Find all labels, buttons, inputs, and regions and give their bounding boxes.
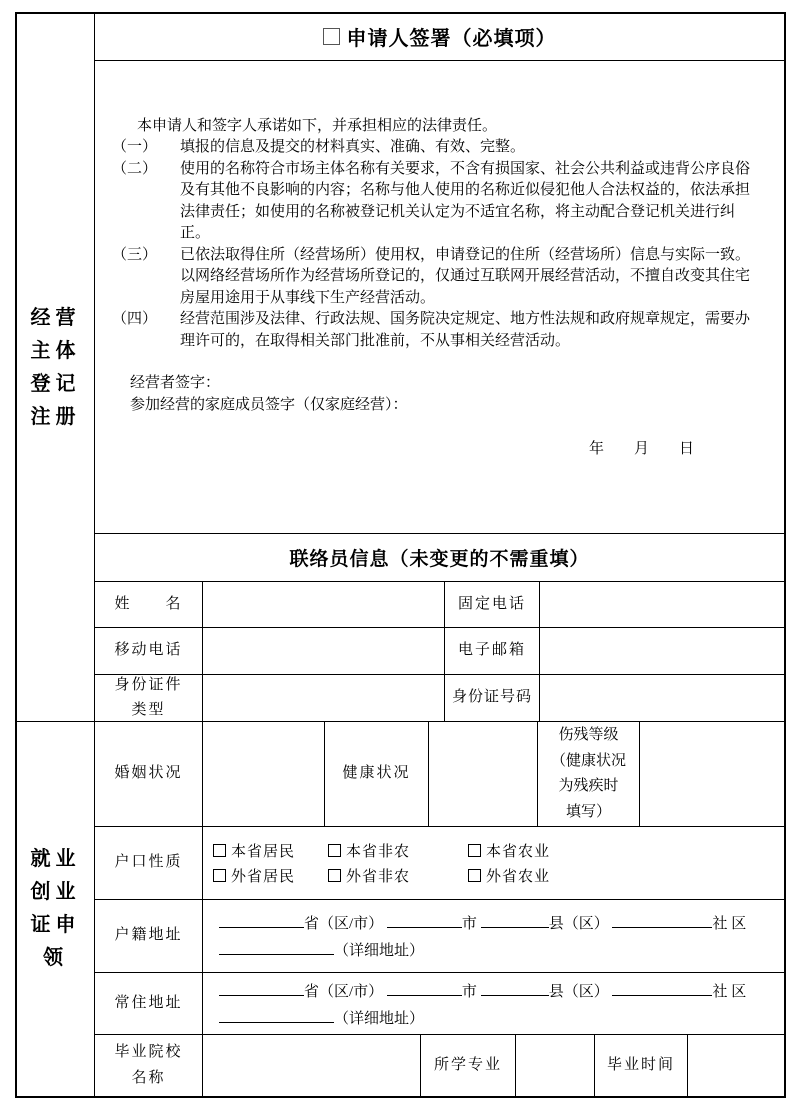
marital-status-field [202, 722, 324, 826]
family-signature-label: 参加经营的家庭成员签字（仅家庭经营）： [130, 395, 754, 417]
disability-level-label: 伤残等级 （健康状况 为残疾时 填写） [537, 722, 639, 826]
blank-line [219, 1007, 334, 1023]
id-type-label: 身份证件 类型 [95, 675, 202, 721]
option-label: 外省非农 [346, 865, 410, 886]
id-number-label: 身份证号码 [444, 675, 539, 721]
table-row-school: 毕业院校 名称 所学专业 毕业时间 [95, 1034, 784, 1096]
item-number: （一） [112, 137, 180, 159]
name-label: 姓 名 [95, 582, 202, 628]
name-field [202, 582, 444, 628]
table-row-hukou-nature: 户口性质 本省居民 本省非农 本省农业 外省居民 外省非农 外省农业 [95, 826, 784, 899]
hukou-option-other-resident[interactable]: 外省居民 [213, 865, 328, 886]
checkbox-icon[interactable] [328, 869, 341, 882]
item-number: （三） [112, 245, 180, 310]
blank-line [481, 980, 549, 996]
email-field [539, 628, 784, 674]
declaration-item: （四） 经营范围涉及法律、行政法规、国务院决定规定、地方性法规和政府规章规定，需… [112, 309, 754, 352]
residence-address-label: 常住地址 [95, 973, 202, 1034]
declaration-item: （三） 已依法取得住所（经营场所）使用权，申请登记的住所（经营场所）信息与实际一… [112, 245, 754, 310]
address-seg-province: 省（区/市） [304, 984, 383, 1000]
option-label: 本省居民 [231, 840, 295, 861]
item-text: 已依法取得住所（经营场所）使用权，申请登记的住所（经营场所）信息与实际一致。以网… [180, 245, 754, 310]
address-seg-city: 市 [462, 916, 477, 932]
blank-line [219, 939, 334, 955]
school-name-field [202, 1035, 420, 1096]
checkbox-icon[interactable] [323, 28, 340, 45]
item-text: 填报的信息及提交的材料真实、准确、有效、完整。 [180, 137, 754, 159]
item-text: 使用的名称符合市场主体名称有关要求，不含有损国家、社会公共利益或违背公序良俗及有… [180, 159, 754, 245]
section-label-employment: 就业 创业 证申 领 [31, 843, 81, 975]
blank-line [387, 912, 462, 928]
health-status-label: 健康状况 [324, 722, 428, 826]
section-employment-certificate: 就业 创业 证申 领 婚姻状况 健康状况 伤残等级 （健康状况 为残疾时 填写）… [17, 721, 784, 1096]
checkbox-icon[interactable] [468, 844, 481, 857]
section-side-cell-registration: 经营 主体 登记 注册 [17, 14, 95, 721]
disability-level-field [639, 722, 784, 826]
form-outer-border: 经营 主体 登记 注册 申请人签署（必填项） 本申请人和签字人承诺如下，并承担相… [15, 12, 786, 1098]
date-line: 年 月 日 [112, 439, 754, 461]
blank-line [612, 912, 712, 928]
email-label: 电子邮箱 [444, 628, 539, 674]
blank-line [481, 912, 549, 928]
hukou-option-local-resident[interactable]: 本省居民 [213, 840, 328, 861]
declaration-item: （二） 使用的名称符合市场主体名称有关要求，不含有损国家、社会公共利益或违背公序… [112, 159, 754, 245]
checkbox-icon[interactable] [213, 869, 226, 882]
form-page: 经营 主体 登记 注册 申请人签署（必填项） 本申请人和签字人承诺如下，并承担相… [0, 0, 800, 1110]
option-label: 外省居民 [231, 865, 295, 886]
blank-line [219, 912, 304, 928]
section-business-registration: 经营 主体 登记 注册 申请人签署（必填项） 本申请人和签字人承诺如下，并承担相… [17, 14, 784, 721]
checkbox-icon[interactable] [468, 869, 481, 882]
item-text: 经营范围涉及法律、行政法规、国务院决定规定、地方性法规和政府规章规定，需要办理许… [180, 309, 754, 352]
employment-content: 婚姻状况 健康状况 伤残等级 （健康状况 为残疾时 填写） 户口性质 本省居民 … [95, 722, 784, 1096]
checkbox-icon[interactable] [328, 844, 341, 857]
hukou-option-other-agri[interactable]: 外省农业 [468, 865, 784, 886]
address-seg-province: 省（区/市） [304, 916, 383, 932]
fixed-phone-field [539, 582, 784, 628]
declaration-item: （一） 填报的信息及提交的材料真实、准确、有效、完整。 [112, 137, 754, 159]
id-type-field [202, 675, 444, 721]
hukou-nature-label: 户口性质 [95, 827, 202, 899]
graduation-time-label: 毕业时间 [594, 1035, 687, 1096]
address-seg-community: 社 区 [712, 916, 746, 932]
item-number: （四） [112, 309, 180, 352]
marital-status-label: 婚姻状况 [95, 722, 202, 826]
table-row-registered-address: 户籍地址 省（区/市） 市 县（区） 社 区 （详细地址） [95, 899, 784, 972]
major-field [515, 1035, 594, 1096]
declaration-title-row: 申请人签署（必填项） [95, 14, 784, 60]
operator-signature-label: 经营者签字： [130, 373, 754, 395]
contact-info-title: 联络员信息（未变更的不需重填） [95, 533, 784, 581]
school-name-label: 毕业院校 名称 [95, 1035, 202, 1096]
table-row-id-type-number: 身份证件 类型 身份证号码 [95, 674, 784, 721]
hukou-option-local-nonagri[interactable]: 本省非农 [328, 840, 468, 861]
blank-line [387, 980, 462, 996]
address-seg-detail: （详细地址） [334, 943, 424, 959]
registered-address-field: 省（区/市） 市 县（区） 社 区 （详细地址） [202, 900, 784, 972]
registration-content: 申请人签署（必填项） 本申请人和签字人承诺如下，并承担相应的法律责任。 （一） … [95, 14, 784, 721]
item-number: （二） [112, 159, 180, 245]
mobile-phone-field [202, 628, 444, 674]
registered-address-label: 户籍地址 [95, 900, 202, 972]
hukou-option-local-agri[interactable]: 本省农业 [468, 840, 784, 861]
address-seg-county: 县（区） [549, 984, 609, 1000]
residence-address-field: 省（区/市） 市 县（区） 社 区 （详细地址） [202, 973, 784, 1034]
hukou-option-other-nonagri[interactable]: 外省非农 [328, 865, 468, 886]
table-row-marital-health: 婚姻状况 健康状况 伤残等级 （健康状况 为残疾时 填写） [95, 722, 784, 826]
address-seg-county: 县（区） [549, 916, 609, 932]
table-row-residence-address: 常住地址 省（区/市） 市 县（区） 社 区 （详细地址） [95, 972, 784, 1034]
fixed-phone-label: 固定电话 [444, 582, 539, 628]
address-seg-detail: （详细地址） [334, 1011, 424, 1027]
section-label-registration: 经营 主体 登记 注册 [31, 302, 81, 434]
declaration-body: 本申请人和签字人承诺如下，并承担相应的法律责任。 （一） 填报的信息及提交的材料… [95, 61, 784, 533]
blank-line [612, 980, 712, 996]
major-label: 所学专业 [420, 1035, 515, 1096]
table-row-mobile-email: 移动电话 电子邮箱 [95, 627, 784, 674]
declaration-intro: 本申请人和签字人承诺如下，并承担相应的法律责任。 [137, 116, 754, 138]
mobile-phone-label: 移动电话 [95, 628, 202, 674]
option-label: 本省农业 [486, 840, 550, 861]
checkbox-icon[interactable] [213, 844, 226, 857]
blank-line [219, 980, 304, 996]
hukou-options: 本省居民 本省非农 本省农业 外省居民 外省非农 外省农业 [202, 827, 784, 899]
id-number-field [539, 675, 784, 721]
section-side-cell-employment: 就业 创业 证申 领 [17, 722, 95, 1096]
address-seg-city: 市 [462, 984, 477, 1000]
health-status-field [428, 722, 537, 826]
declaration-title: 申请人签署（必填项） [347, 22, 557, 51]
graduation-time-field [687, 1035, 784, 1096]
option-label: 本省非农 [346, 840, 410, 861]
table-row-name-phone: 姓 名 固定电话 [95, 581, 784, 628]
address-seg-community: 社 区 [712, 984, 746, 1000]
option-label: 外省农业 [486, 865, 550, 886]
